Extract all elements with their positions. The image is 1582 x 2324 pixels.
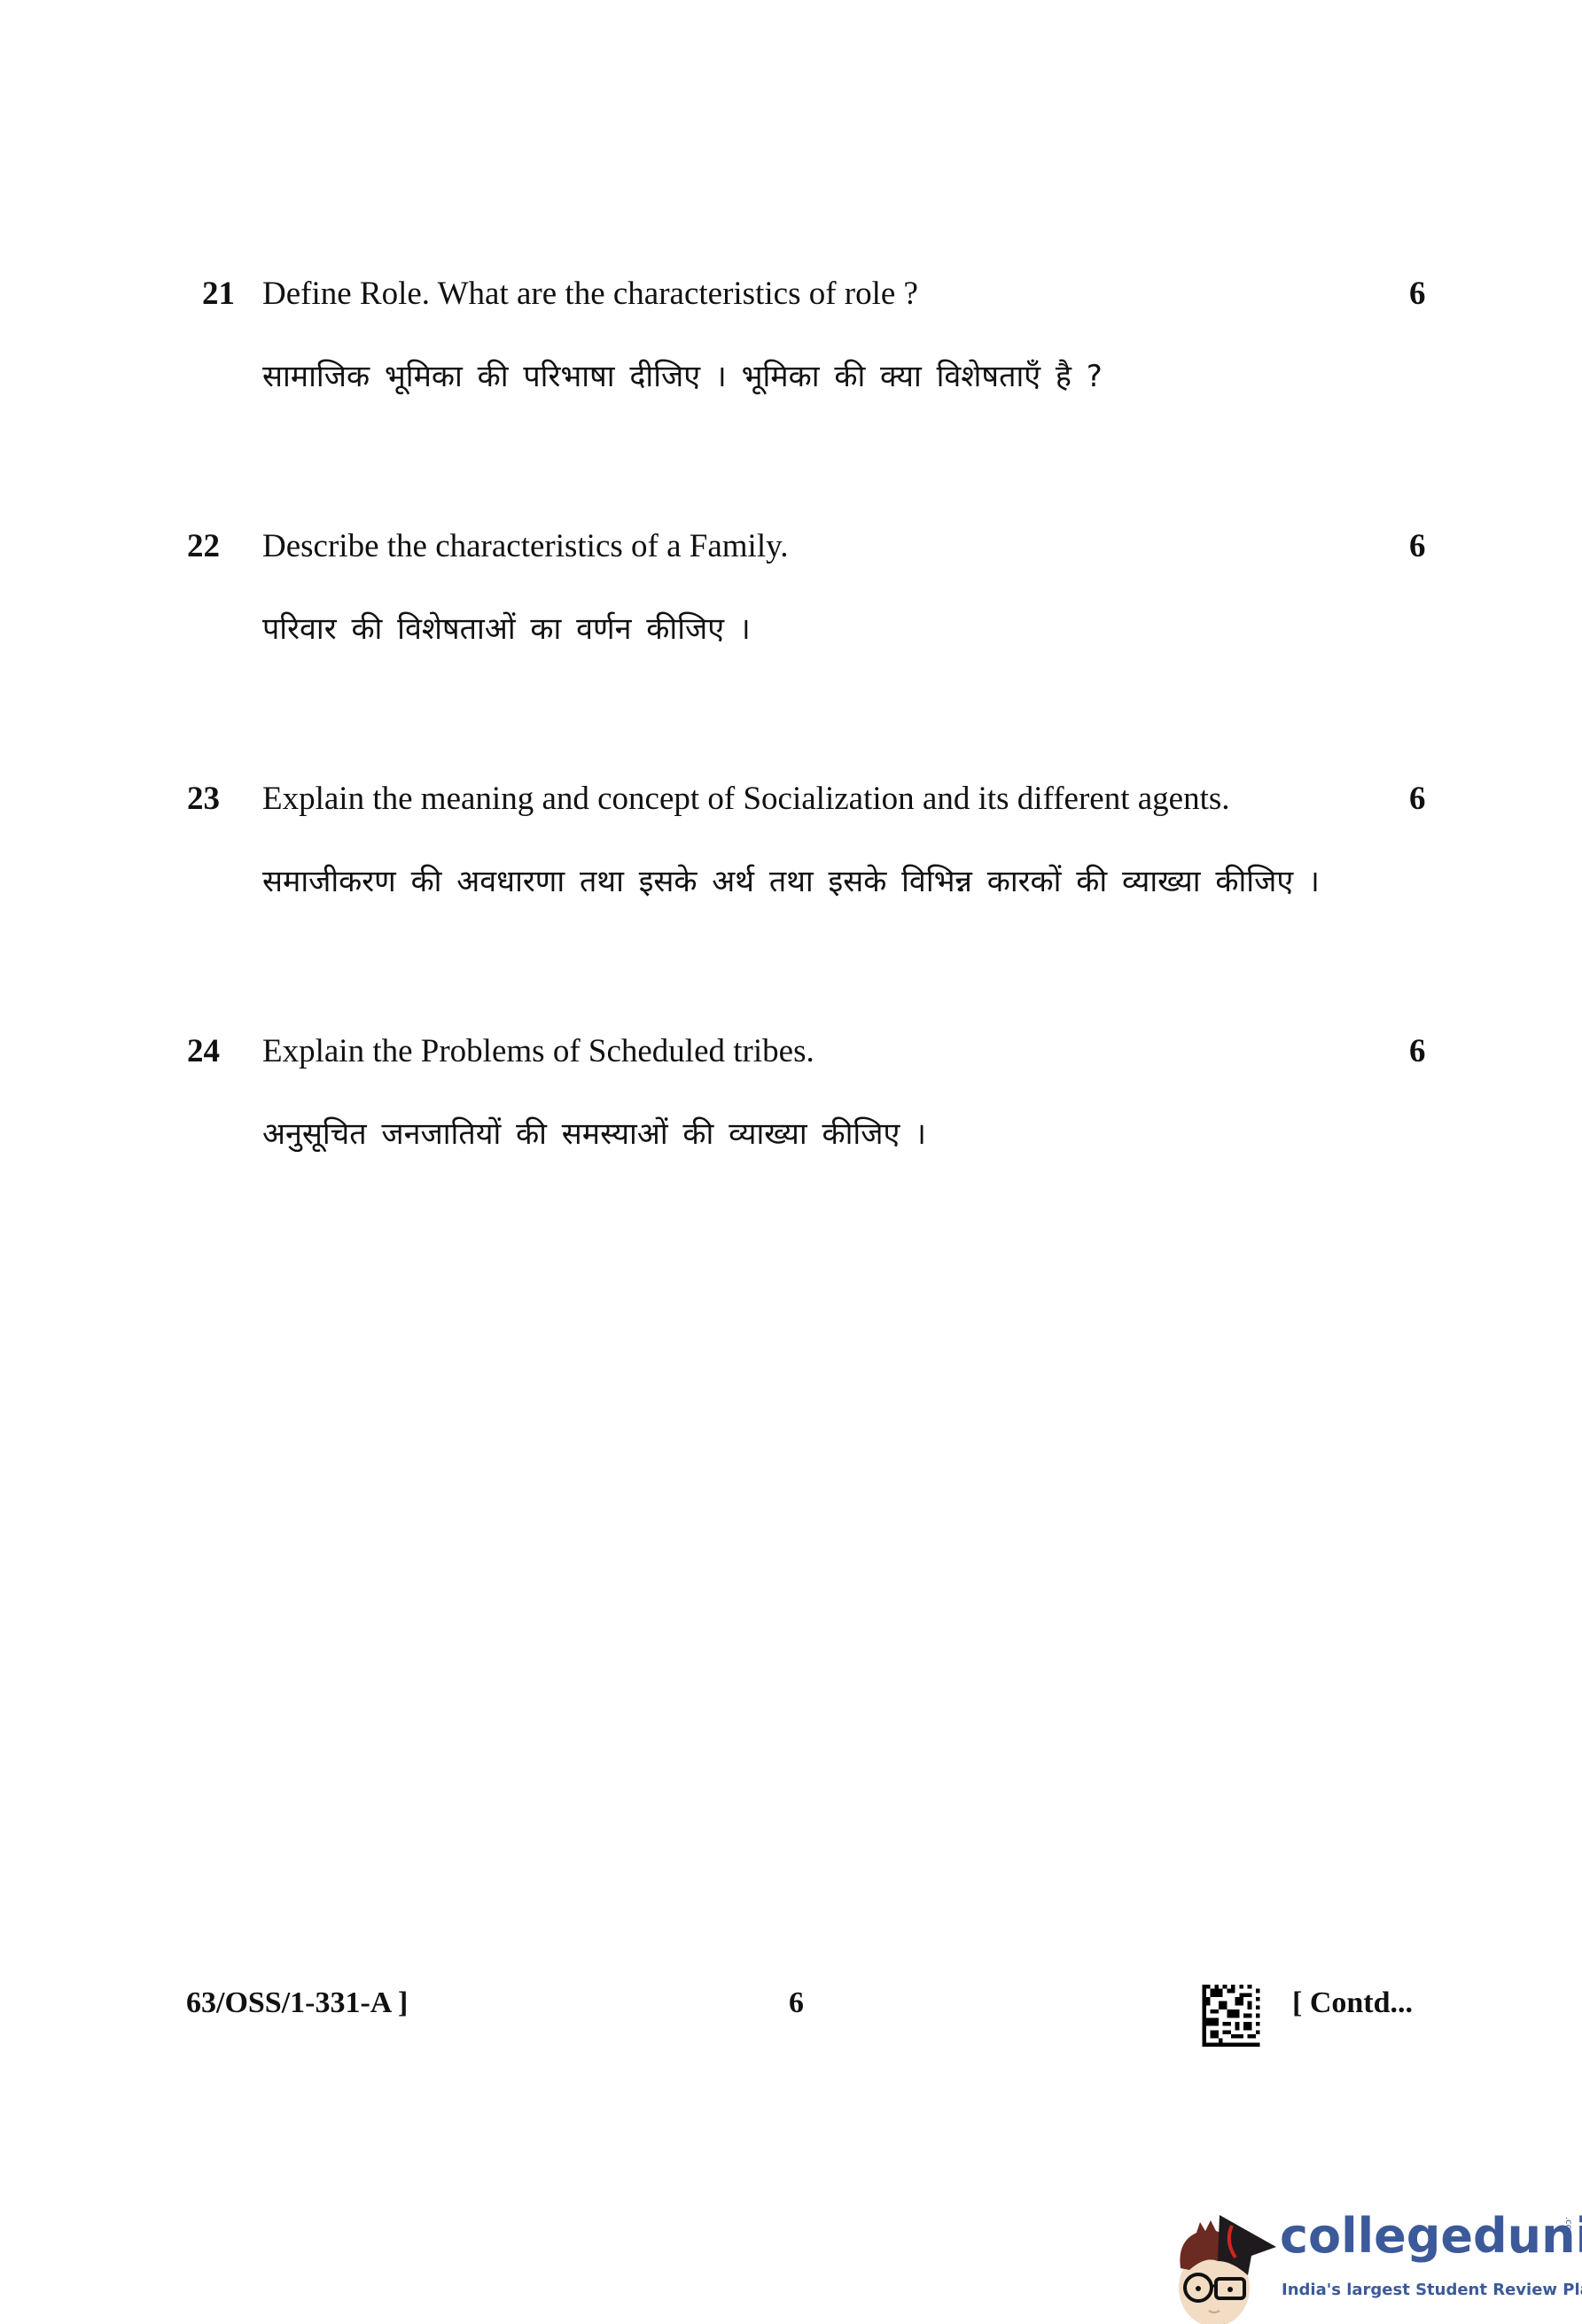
question-marks: 6 bbox=[1409, 782, 1426, 815]
brand-domain-suffix: .com bbox=[1563, 2217, 1573, 2239]
question-text-english: Explain the Problems of Scheduled tribes… bbox=[262, 1035, 814, 1068]
question-text-hindi: सामाजिक भूमिका की परिभाषा दीजिए । भूमिका… bbox=[262, 361, 1103, 392]
paper-code: 63/OSS/1-331-A ] bbox=[186, 1986, 408, 2020]
continued-label: [ Contd... bbox=[1292, 1986, 1413, 2020]
collegedunia-watermark: collegedunia .com India's largest Studen… bbox=[1170, 2171, 1582, 2324]
question-text-english: Explain the meaning and concept of Socia… bbox=[262, 782, 1230, 815]
question-number: 23 bbox=[187, 782, 220, 815]
mascot-logo-icon bbox=[1170, 2206, 1281, 2324]
question-text-hindi: अनुसूचित जनजातियों की समस्याओं की व्याख्… bbox=[262, 1119, 926, 1149]
question-marks: 6 bbox=[1409, 530, 1426, 563]
question-text-hindi: परिवार की विशेषताओं का वर्णन कीजिए । bbox=[262, 614, 751, 644]
page-number: 6 bbox=[789, 1986, 804, 2020]
brand-name: collegedunia bbox=[1280, 2208, 1582, 2264]
question-text-hindi: समाजीकरण की अवधारणा तथा इसके अर्थ तथा इस… bbox=[262, 867, 1320, 897]
question-number: 22 bbox=[187, 530, 220, 563]
question-number: 24 bbox=[187, 1035, 220, 1068]
page-footer: 63/OSS/1-331-A ] 6 [ Contd... bbox=[0, 1978, 1582, 2048]
question-number: 21 bbox=[202, 277, 235, 310]
question-text-english: Define Role. What are the characteristic… bbox=[262, 277, 918, 310]
datamatrix-barcode-icon bbox=[1202, 1985, 1260, 2047]
brand-tagline: India's largest Student Review Platform bbox=[1282, 2281, 1582, 2299]
question-text-english: Describe the characteristics of a Family… bbox=[262, 530, 788, 563]
question-marks: 6 bbox=[1409, 277, 1426, 310]
question-marks: 6 bbox=[1409, 1035, 1426, 1068]
